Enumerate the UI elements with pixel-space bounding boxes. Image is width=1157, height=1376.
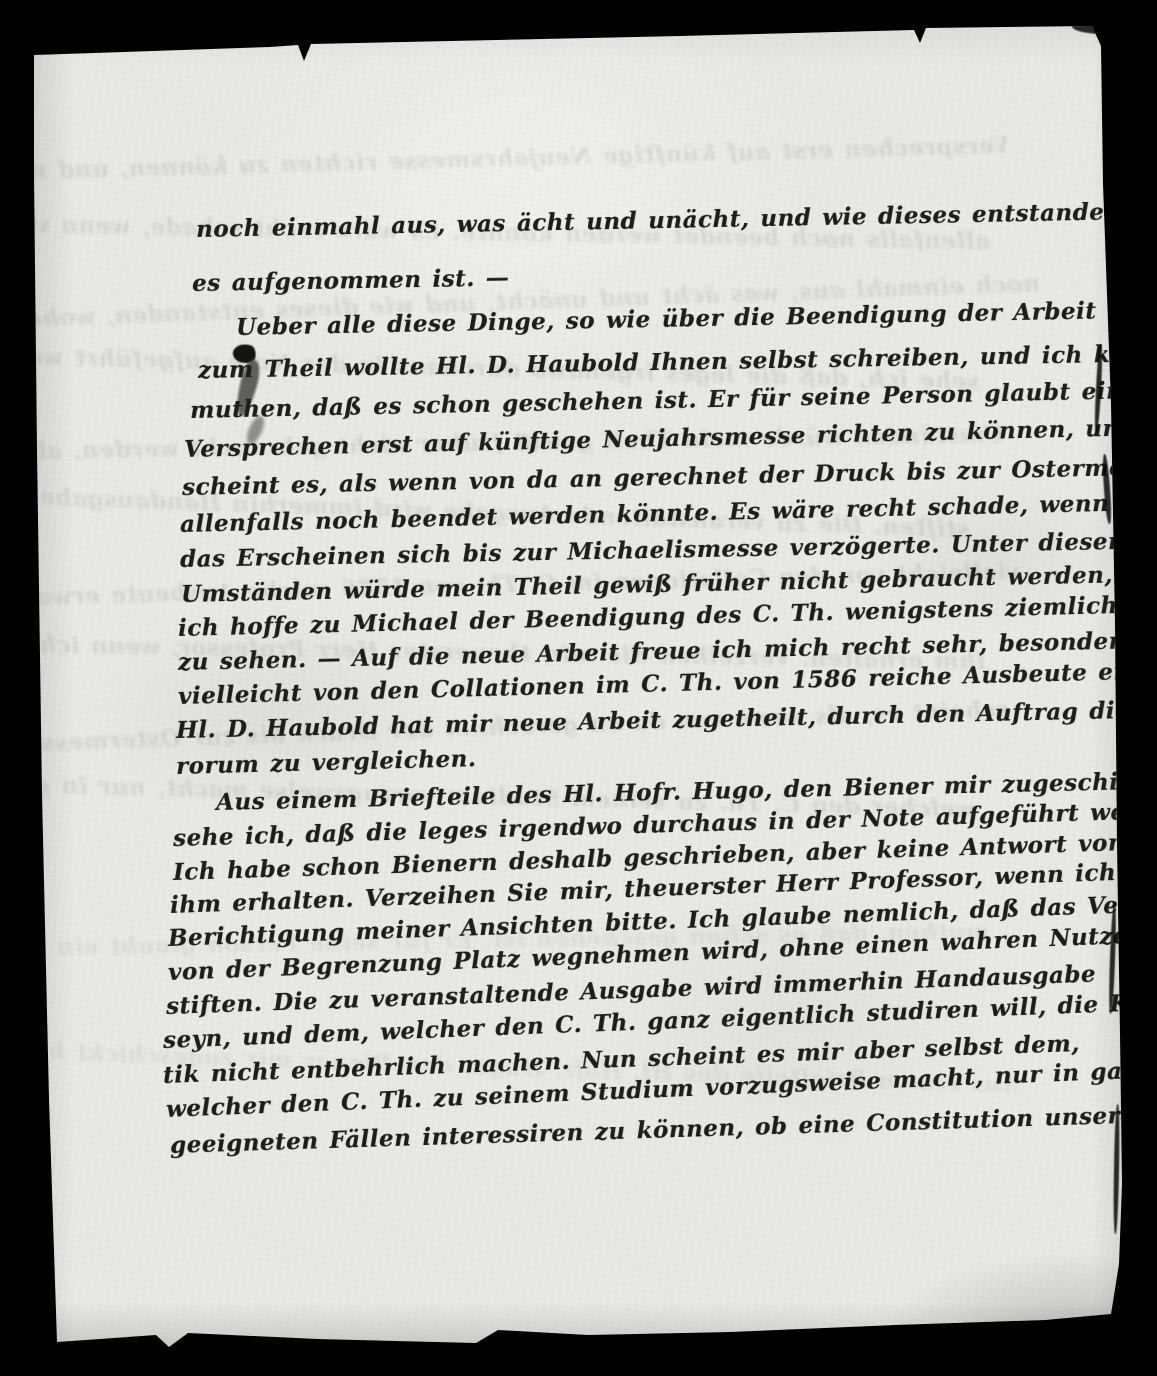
torn-edge-mark — [1072, 22, 1107, 36]
handwritten-line: es aufgenommen ist. — — [192, 264, 510, 297]
photo-mount-background: Versprechen erst auf künftige Neujahrsme… — [0, 0, 1157, 1376]
manuscript-page: Versprechen erst auf künftige Neujahrsme… — [30, 24, 1124, 1348]
bleed-through-text: Versprechen erst auf künftige Neujahrsme… — [90, 132, 1010, 183]
